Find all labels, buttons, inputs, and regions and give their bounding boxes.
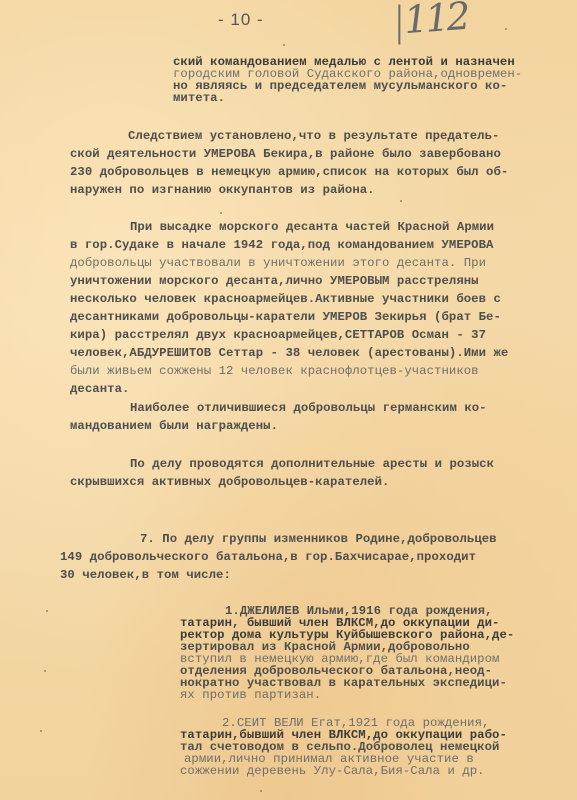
paper-speck <box>283 44 285 46</box>
text-line: сожжении деревень Улу-Сала,Бия-Сала и др… <box>180 764 485 778</box>
text-line: кира) расстрелял двух красноармейцев,СЕТ… <box>70 328 486 342</box>
text-line: 149 добровольческого батальона,в гор.Бах… <box>60 550 476 564</box>
text-line: По делу проводятся дополнительные аресты… <box>130 457 494 471</box>
paper-speck <box>46 610 48 612</box>
text-line: митета. <box>173 91 225 105</box>
document-page: - 10 - 112 ский командованием медалью с … <box>0 0 577 800</box>
text-line: несколько человек красноармейцев.Активны… <box>70 292 501 306</box>
text-line: ях против партизан. <box>180 688 321 702</box>
text-line: При высадке морского десанта частей Крас… <box>130 220 494 234</box>
paper-speck <box>260 790 262 792</box>
text-line: Наиболее отличившиеся добровольцы герман… <box>130 401 487 415</box>
paper-speck <box>40 730 42 732</box>
text-line: добровольцы участвовали в уничтожении эт… <box>70 256 486 270</box>
text-line: в гор.Судаке в начале 1942 года,под кома… <box>70 238 493 252</box>
paper-speck <box>220 212 222 214</box>
text-line: десантниками добровольцы-каратели УМЕРОВ… <box>70 310 501 324</box>
text-line: были живьем сожжены 12 человек краснофло… <box>70 364 479 378</box>
text-line: ской деятельности УМЕРОВА Бекира,в район… <box>70 147 501 161</box>
text-line: скрывшихся активных добровольцев-карател… <box>70 475 389 489</box>
paper-speck <box>400 200 402 202</box>
paper-speck <box>505 28 507 30</box>
text-line: Следствием установлено,что в результате … <box>128 129 499 143</box>
text-line: мандованием были награждены. <box>70 419 278 433</box>
text-line: уничтожении морского десанта,лично УМЕРО… <box>70 274 479 288</box>
text-line: человек,АБДУРЕШИТОВ Сеттар - 38 человек … <box>70 346 508 360</box>
paper-speck <box>44 670 46 672</box>
page-number: - 10 - <box>218 10 264 30</box>
handwritten-archive-number: 112 <box>403 0 469 42</box>
text-line: наружен по изгнанию оккупантов из района… <box>70 183 375 197</box>
text-line: 7. По делу группы изменников Родине,добр… <box>140 532 497 546</box>
text-line: десанта. <box>70 382 129 396</box>
text-line: 230 добровольцев в немецкую армию,список… <box>70 165 508 179</box>
text-line: 30 человек,в том числе: <box>60 568 231 582</box>
